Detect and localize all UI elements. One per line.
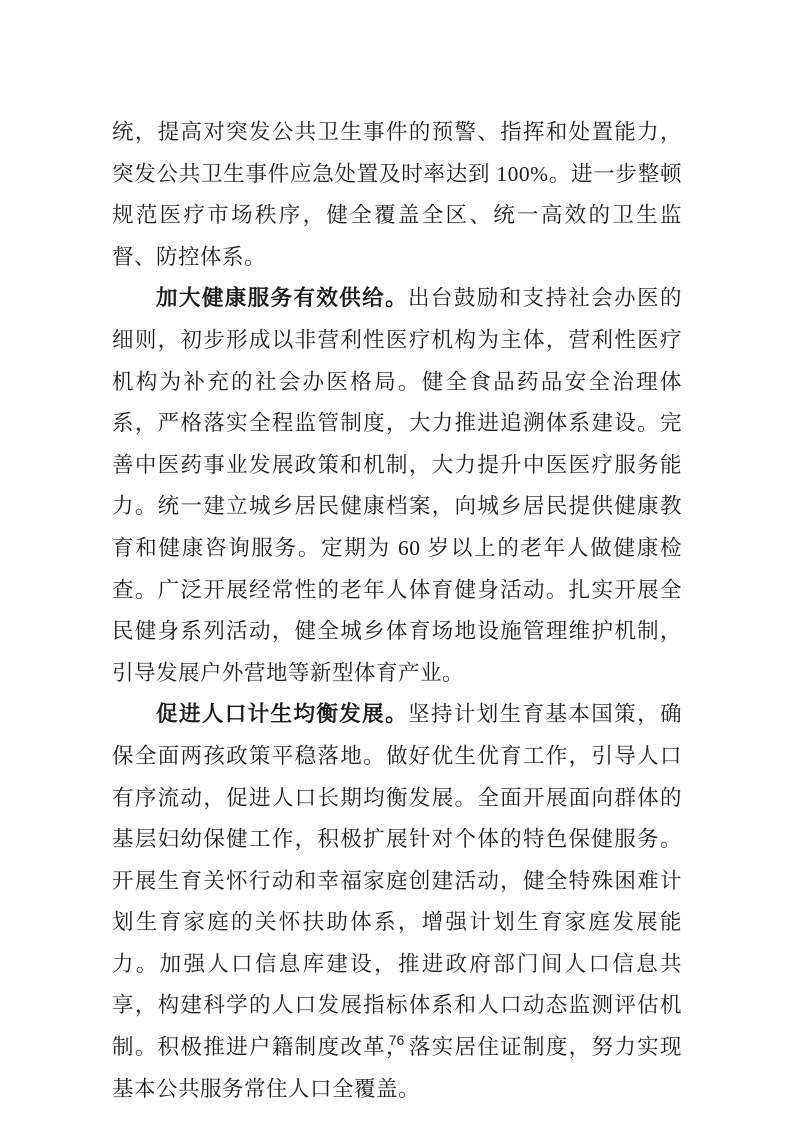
paragraph: 统，提高对突发公共卫生事件的预警、指挥和处置能力，突发公共卫生事件应急处置及时率… xyxy=(112,112,682,278)
paragraph: 加大健康服务有效供给。出台鼓励和支持社会办医的细则，初步形成以非营利性医疗机构为… xyxy=(112,278,682,694)
document-body: 统，提高对突发公共卫生事件的预警、指挥和处置能力，突发公共卫生事件应急处置及时率… xyxy=(112,112,682,1110)
document-page: 统，提高对突发公共卫生事件的预警、指挥和处置能力，突发公共卫生事件应急处置及时率… xyxy=(0,0,793,1122)
paragraph-lead: 加大健康服务有效供给。 xyxy=(156,286,408,310)
page-number: 76 xyxy=(0,1032,793,1048)
paragraph-text: 统，提高对突发公共卫生事件的预警、指挥和处置能力，突发公共卫生事件应急处置及时率… xyxy=(112,120,682,269)
paragraph-lead: 促进人口计生均衡发展。 xyxy=(156,702,408,726)
paragraph-text: 出台鼓励和支持社会办医的细则，初步形成以非营利性医疗机构为主体，营利性医疗机构为… xyxy=(112,286,682,684)
